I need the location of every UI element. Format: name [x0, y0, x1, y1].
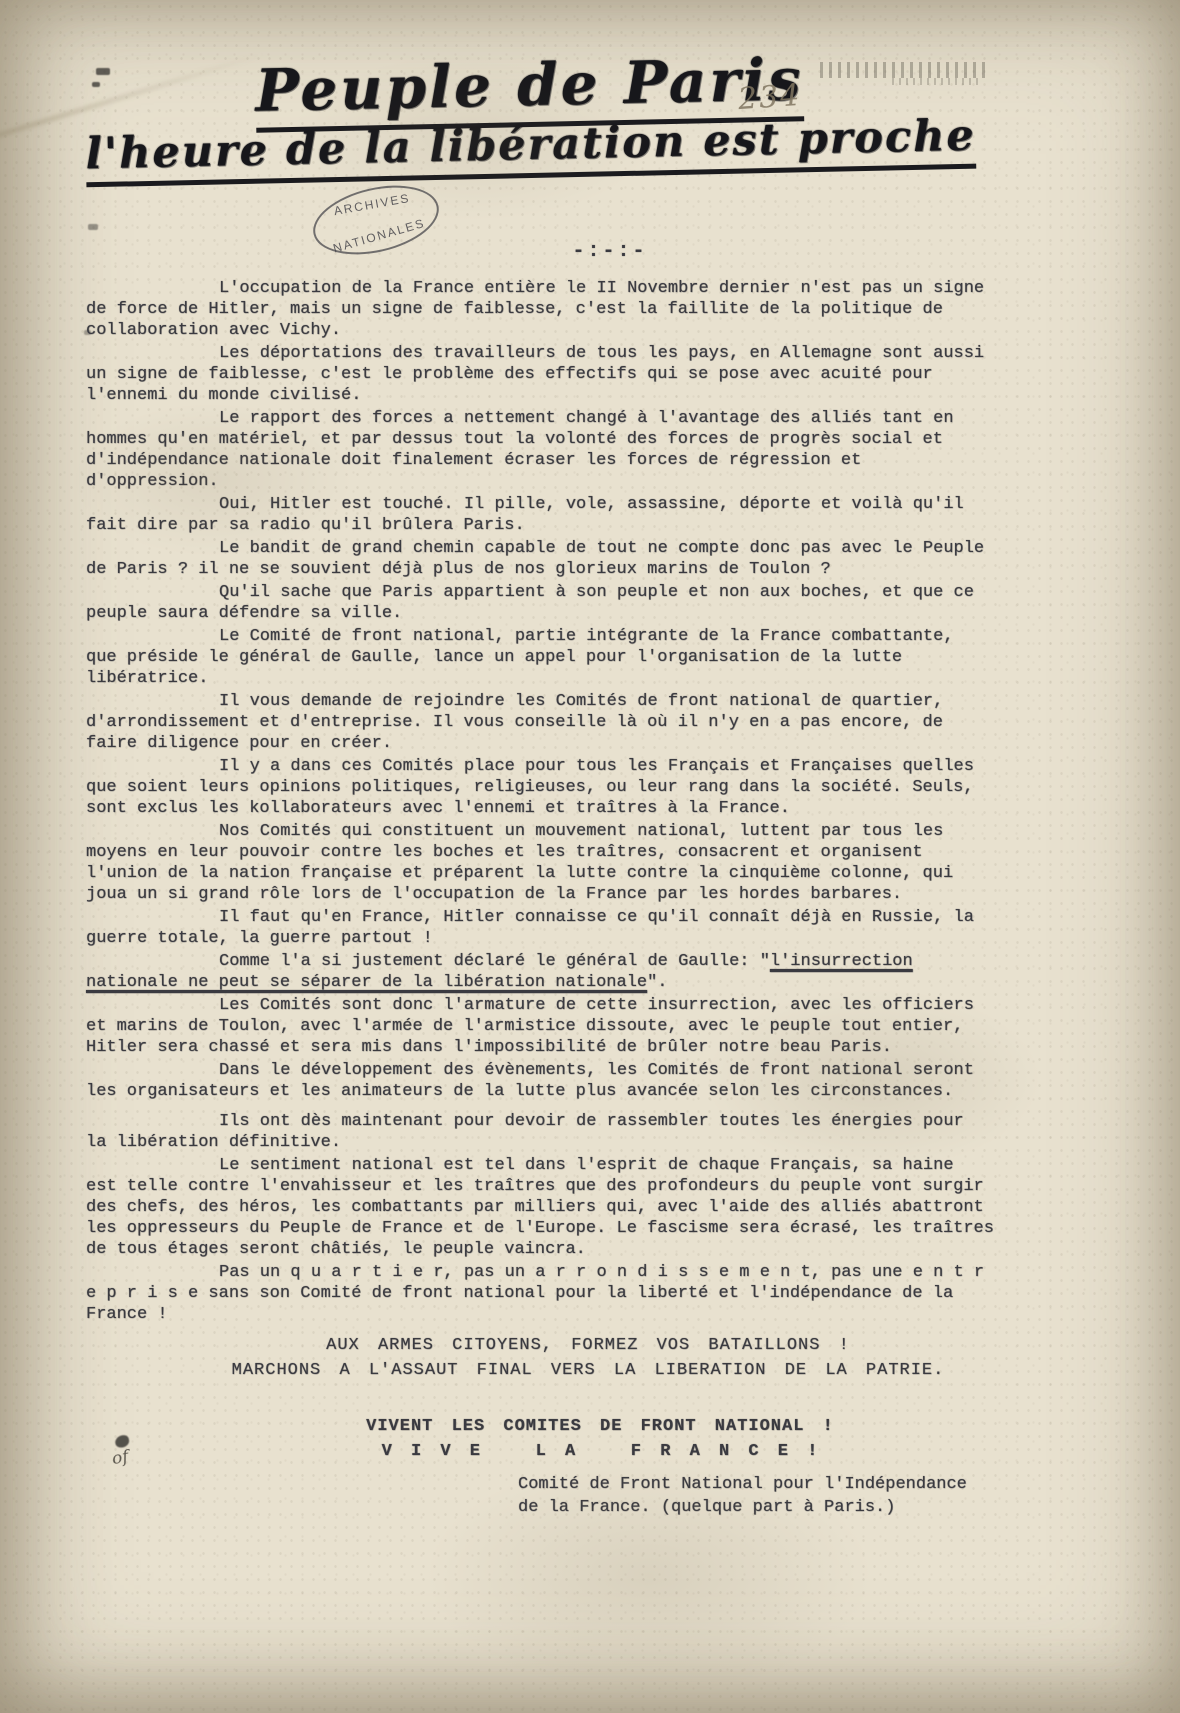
- paragraph-text: Oui, Hitler est touché. Il pille, vole, …: [86, 495, 964, 535]
- document-body: L'occupation de la France entière le II …: [86, 278, 994, 1519]
- paragraph-list: L'occupation de la France entière le II …: [86, 278, 994, 1325]
- slogan-line: V I V E L A F R A N C E !: [146, 1439, 1054, 1464]
- slogan-line: AUX ARMES CITOYENS, FORMEZ VOS BATAILLON…: [134, 1333, 1042, 1358]
- stamp-text-bottom: NATIONALES: [332, 216, 427, 256]
- paragraph: L'occupation de la France entière le II …: [86, 278, 994, 341]
- paragraph: Pas un q u a r t i e r, pas un a r r o n…: [86, 1262, 994, 1325]
- document-title: Peuple de Paris l'heure de la libération…: [39, 46, 1021, 180]
- title-line-2: l'heure de la libération est proche: [40, 112, 1021, 180]
- paragraph-text: Le bandit de grand chemin capable de tou…: [86, 539, 984, 579]
- paragraph: Ils ont dès maintenant pour devoir de ra…: [86, 1111, 994, 1153]
- paragraph: Il vous demande de rejoindre les Comités…: [86, 691, 994, 754]
- paragraph: Le Comité de front national, partie inté…: [86, 626, 994, 689]
- page-number-annotation: 234: [737, 78, 803, 117]
- slogan-line: MARCHONS A L'ASSAUT FINAL VERS LA LIBERA…: [134, 1358, 1042, 1383]
- archives-nationales-stamp: ARCHIVES NATIONALES: [306, 174, 445, 265]
- stamp-text-top: ARCHIVES: [333, 191, 412, 218]
- paragraph: Nos Comités qui constituent un mouvement…: [86, 821, 994, 905]
- paragraph-text: Qu'il sache que Paris appartient à son p…: [86, 583, 974, 623]
- paragraph: Le rapport des forces a nettement changé…: [86, 408, 994, 492]
- signature-line: de la France. (quelque part à Paris.): [518, 1496, 994, 1519]
- paragraph: Les déportations des travailleurs de tou…: [86, 343, 994, 406]
- signature-block: Comité de Front National pour l'Indépend…: [518, 1473, 994, 1519]
- paragraph: Le sentiment national est tel dans l'esp…: [86, 1155, 994, 1260]
- paragraph: Le bandit de grand chemin capable de tou…: [86, 538, 994, 580]
- signature-line: Comité de Front National pour l'Indépend…: [518, 1473, 994, 1496]
- slogans-primary: AUX ARMES CITOYENS, FORMEZ VOS BATAILLON…: [134, 1333, 1042, 1383]
- paragraph-text: Le rapport des forces a nettement changé…: [86, 409, 954, 491]
- section-separator: -:-:-: [500, 240, 720, 263]
- paragraph-text: Dans le développement des évènements, le…: [86, 1061, 974, 1101]
- slogan-line: VIVENT LES COMITES DE FRONT NATIONAL !: [146, 1414, 1054, 1439]
- paragraph: Il faut qu'en France, Hitler connaisse c…: [86, 907, 994, 949]
- document-page: Peuple de Paris l'heure de la libération…: [0, 0, 1180, 1713]
- slogans-secondary: VIVENT LES COMITES DE FRONT NATIONAL !V …: [146, 1414, 1054, 1464]
- paragraph: Oui, Hitler est touché. Il pille, vole, …: [86, 494, 994, 536]
- paragraph-text: Ils ont dès maintenant pour devoir de ra…: [86, 1112, 964, 1152]
- pencil-mark: of: [110, 1447, 130, 1470]
- paragraph-text: Il vous demande de rejoindre les Comités…: [86, 692, 943, 753]
- paragraph-text: Les Comités sont donc l'armature de cett…: [86, 996, 974, 1057]
- paragraph: Qu'il sache que Paris appartient à son p…: [86, 582, 994, 624]
- paragraph-text: Il faut qu'en France, Hitler connaisse c…: [86, 908, 974, 948]
- title-line-2-text: l'heure de la libération est proche: [85, 111, 976, 188]
- paragraph-text: L'occupation de la France entière le II …: [86, 279, 984, 340]
- paragraph-text: Les déportations des travailleurs de tou…: [86, 344, 984, 405]
- paragraph: Comme l'a si justement déclaré le généra…: [86, 951, 994, 993]
- paragraph: Dans le développement des évènements, le…: [86, 1060, 994, 1102]
- paragraph: Les Comités sont donc l'armature de cett…: [86, 995, 994, 1058]
- paragraph-text: Comme l'a si justement déclaré le généra…: [219, 952, 770, 971]
- paragraph-text: Nos Comités qui constituent un mouvement…: [86, 822, 953, 904]
- paragraph-text: Pas un q u a r t i e r, pas un a r r o n…: [86, 1263, 984, 1324]
- paragraph-text: Il y a dans ces Comités place pour tous …: [86, 757, 974, 818]
- paragraph-text: ".: [647, 973, 667, 992]
- ink-smudge: [88, 224, 98, 230]
- paragraph-text: Le Comité de front national, partie inté…: [86, 627, 954, 688]
- paragraph: Il y a dans ces Comités place pour tous …: [86, 756, 994, 819]
- paragraph-text: Le sentiment national est tel dans l'esp…: [86, 1156, 994, 1259]
